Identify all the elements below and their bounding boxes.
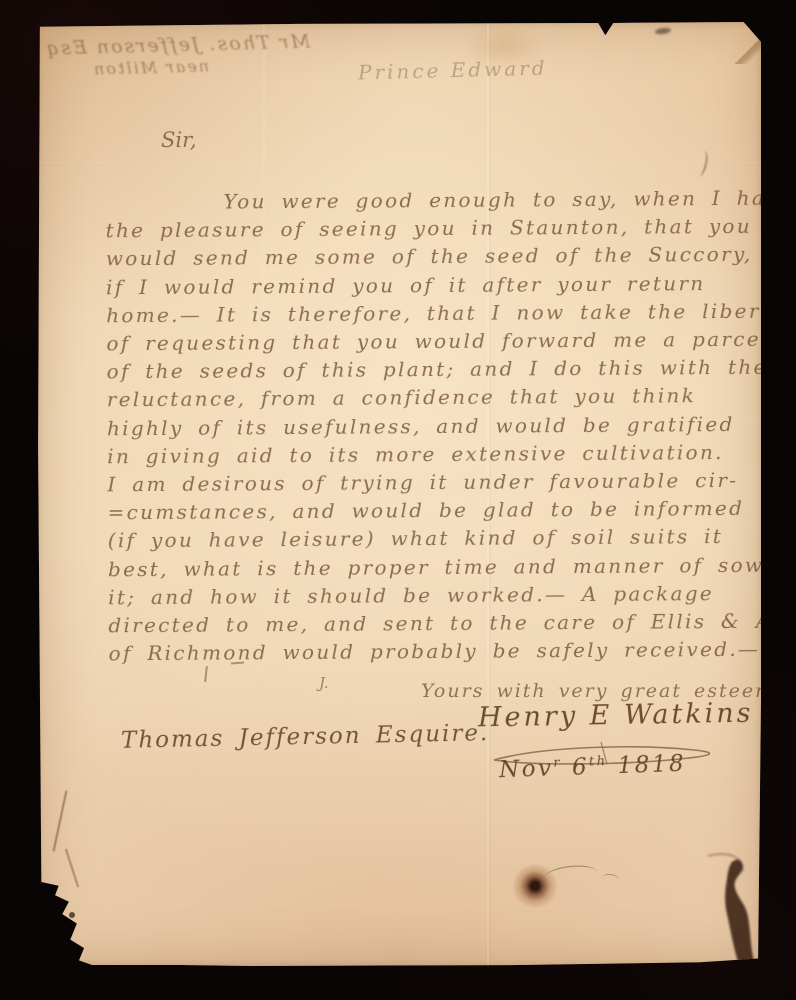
- body-line: =cumstances, and would be glad to be inf…: [108, 494, 763, 527]
- date-day: 6: [572, 754, 590, 781]
- body-line: You were good enough to say, when I had: [105, 184, 760, 217]
- letter-paper: Mr Thos. Jefferson Esq near Milton Princ…: [37, 22, 761, 966]
- body-line: reluctance, from a confidence that you t…: [107, 381, 762, 414]
- ink-blot-stain-bottom-right: [700, 850, 770, 980]
- bleedthrough-address-line-2: near Milton: [92, 56, 209, 78]
- burn-spot-stain: [511, 862, 559, 910]
- tear-crack: [53, 790, 68, 851]
- body-line: if I would remind you of it after your r…: [106, 268, 761, 301]
- signature: Henry E Watkins: [478, 698, 754, 734]
- body-line: home.— It is therefore, that I now take …: [106, 297, 761, 330]
- body-line: of the seeds of this plant; and I do thi…: [107, 353, 762, 386]
- hairline-scratch-small: [602, 873, 619, 885]
- body-line: of Richmond would probably be safely rec…: [108, 635, 763, 668]
- addressee-line: Thomas Jefferson Esquire.: [121, 720, 490, 754]
- body-line: directed to me, and sent to the care of …: [108, 607, 763, 640]
- date-line: Novr 6th 1818: [499, 751, 687, 784]
- ink-smudge-top-edge: [655, 27, 672, 35]
- body-line: it; and how it should be worked.— A pack…: [108, 579, 763, 612]
- body-line: I am desirous of trying it under favoura…: [107, 466, 762, 499]
- tear-hole-dot: [69, 912, 75, 918]
- body-line: would send me some of the seed of the Su…: [106, 240, 761, 273]
- date-year: 1818: [617, 751, 686, 779]
- hairline-scratch: [544, 863, 597, 885]
- body-line: the pleasure of seeing you in Staunton, …: [106, 212, 761, 245]
- horizontal-fold-crease-top: [37, 162, 761, 163]
- stray-j-mark: J.: [319, 674, 329, 692]
- date-month-superscript: r: [553, 755, 562, 770]
- body-line: of requesting that you would forward me …: [106, 325, 761, 358]
- date-month: Nov: [499, 755, 554, 783]
- body-line: highly of its usefulness, and would be g…: [107, 409, 762, 442]
- clipped-corner-fold: [735, 38, 761, 64]
- bleedthrough-address-line-1: Mr Thos. Jefferson Esq: [45, 31, 311, 60]
- header-place-name: Prince Edward: [358, 56, 548, 85]
- date-day-superscript: th: [589, 754, 608, 770]
- salutation: Sir,: [161, 128, 197, 152]
- body-line: (if you have leisure) what kind of soil …: [108, 522, 763, 555]
- tear-crack: [65, 849, 79, 888]
- letter-body: You were good enough to say, when I had …: [105, 184, 763, 668]
- slide-photo-background: Mr Thos. Jefferson Esq near Milton Princ…: [0, 0, 796, 1000]
- stray-ink-squiggle: [692, 149, 710, 177]
- pencil-tick-mark: [204, 666, 207, 682]
- body-line: best, what is the proper time and manner…: [108, 550, 763, 583]
- body-line: in giving aid to its more extensive cult…: [107, 438, 762, 471]
